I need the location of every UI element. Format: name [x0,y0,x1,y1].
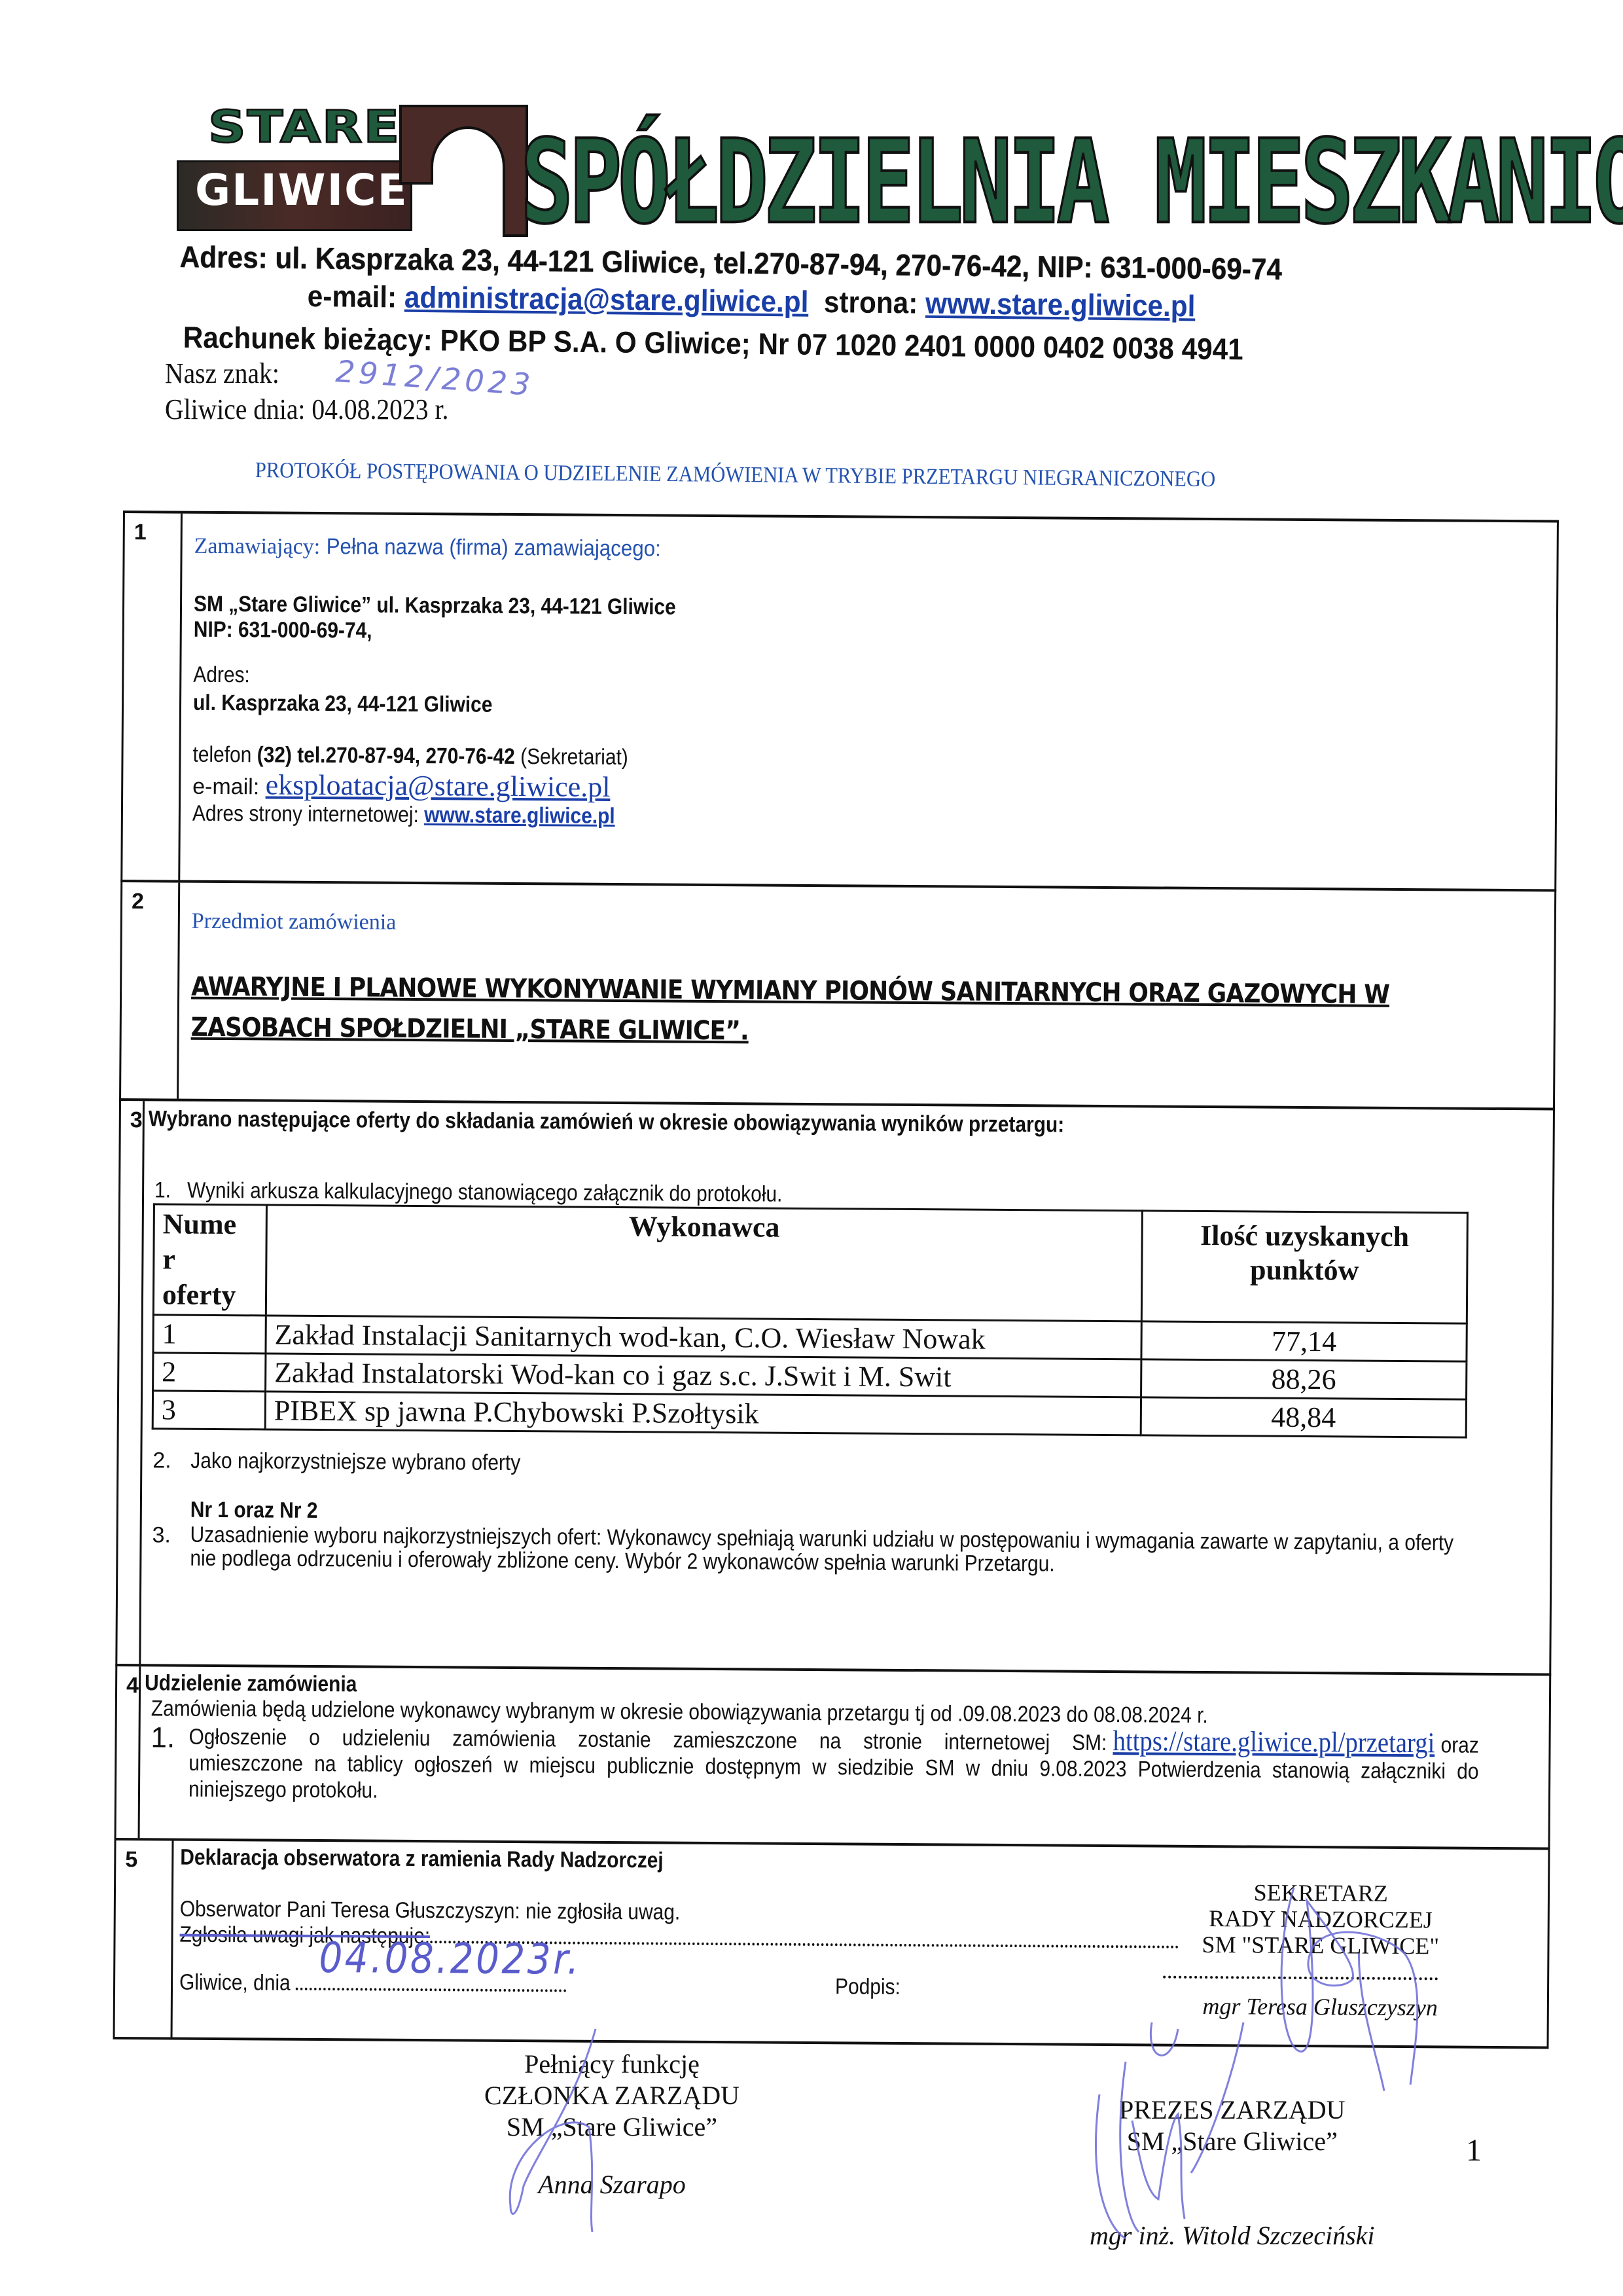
organization-name: SPÓŁDZIELNIA MIESZKANIOWA [520,124,1623,240]
section-number: 1 [122,513,183,880]
col-header-points: Ilość uzyskanych punktów [1141,1211,1467,1323]
offer-contractor: PIBEX sp jawna P.Chybowski P.Szołtysik [265,1391,1141,1435]
section-3-heading: Wybrano następujące oferty do składania … [149,1106,1065,1138]
orderer-nip: NIP: 631-000-69-74, [194,617,372,644]
col-header-contractor: Wykonawca [266,1205,1142,1321]
table-header-row: Nume r oferty Wykonawca Ilość uzyskanych… [153,1204,1467,1323]
section-number: 2 [121,882,180,1099]
date-label: Gliwice dnia: [165,393,305,425]
email-link[interactable]: eksploatacja@stare.gliwice.pl [266,768,611,802]
reference-label: Nasz znak: [165,357,279,390]
item-number: 1. [154,1177,171,1202]
section-5: 5 Deklaracja obserwatora z ramienia Rady… [113,1838,1550,2049]
email-label: e-mail: [307,279,397,314]
president-signature-icon [1047,2022,1257,2245]
tenders-link[interactable]: https://stare.gliwice.pl/przetargi [1113,1725,1435,1759]
phone-line: telefon (32) tel.270-87-94, 270-76-42 (S… [192,742,628,770]
website-line: Adres strony internetowej: www.stare.gli… [192,801,615,829]
section-2: 2 Przedmiot zamówienia AWARYJNE I PLANOW… [119,880,1556,1108]
results-note: 1. Wyniki arkusza kalkulacyjnego stanowi… [154,1177,783,1207]
section-number: 3 [117,1101,145,1664]
announcement: 1. Ogłoszenie o udzieleniu zamówienia zo… [151,1721,1623,1812]
phone-numbers: tel.270-87-94, 270-76-42 [297,743,515,769]
logo-text-stare: STARE [208,105,401,149]
protocol-table: 1 Zamawiający: Pełna nazwa (firma) zamaw… [113,511,1559,2049]
selected-offers: 2. Jako najkorzystniejsze wybrano oferty [152,1448,1623,1483]
offer-points: 88,26 [1141,1359,1466,1399]
document-date: Gliwice dnia: 04.08.2023 r. [165,393,448,426]
section-4: 4 Udzielenie zamówienia Zamówienia będą … [115,1664,1552,1848]
justification: 3. Uzasadnienie wyboru najkorzystniejszy… [152,1522,1623,1579]
offers-table: Nume r oferty Wykonawca Ilość uzyskanych… [152,1203,1469,1438]
subject-label: Przedmiot zamówienia [192,909,1541,943]
signature-label: Podpis: [835,1974,901,2000]
selected-offers-value: Nr 1 oraz Nr 2 [190,1498,318,1524]
email-label: e-mail: [192,774,259,800]
website-link[interactable]: www.stare.gliwice.pl [925,286,1196,323]
protocol-title: PROTOKÓŁ POSTĘPOWANIA O UDZIELENIE ZAMÓW… [255,458,1216,492]
offer-points: 48,84 [1141,1397,1466,1437]
section-4-heading: Udzielenie zamówienia [145,1670,357,1697]
logo-arch-icon [399,105,530,239]
phone-suffix: (Sekretariat) [520,744,628,770]
observer-date: Gliwice, dnia 04.08.2023r. [179,1961,567,1998]
date-value: 04.08.2023 r. [312,393,448,425]
section-1: 1 Zamawiający: Pełna nazwa (firma) zamaw… [120,511,1559,889]
subject-title-line2: ZASOBACH SPOŁDZIELNI „STARE GLIWICE”. [191,1007,1406,1056]
col-header-number: Nume r oferty [153,1204,266,1316]
phone-area: (32) [257,742,292,767]
section-5-heading: Deklaracja obserwatora z ramienia Rady N… [180,1845,664,1874]
orderer-label-suffix: Pełna nazwa (firma) zamawiającego: [327,534,661,562]
offer-points: 77,14 [1141,1321,1467,1361]
section-number: 4 [116,1666,141,1838]
board-member-signature-icon [497,2022,615,2238]
offer-number: 3 [152,1391,265,1429]
observer-statement: Obserwator Pani Teresa Głuszczyszyn: nie… [180,1897,681,1926]
orderer-name: SM „Stare Gliwice” ul. Kasprzaka 23, 44-… [194,592,676,620]
website-link[interactable]: www.stare.gliwice.pl [424,802,615,829]
orderer-label: Zamawiający: [194,534,321,559]
table-row: 3 PIBEX sp jawna P.Chybowski P.Szołtysik… [152,1391,1466,1437]
observer-signature-icon [1266,1874,1464,2092]
offer-contractor: Zakład Instalacji Sanitarnych wod-kan, C… [266,1316,1141,1359]
item-text: Wyniki arkusza kalkulacyjnego stanowiące… [187,1178,783,1207]
section-3: 3 Wybrano następujące oferty do składani… [115,1098,1555,1674]
offer-number: 1 [153,1315,266,1354]
address-label: Adres: [193,662,250,689]
offer-contractor: Zakład Instalatorski Wod-kan co i gaz s.… [265,1354,1141,1397]
phone-prefix: telefon [192,742,251,768]
logo-text-gliwice: GLIWICE [195,169,408,212]
handwritten-date: 04.08.2023r. [319,1934,581,1984]
website-label: Adres strony internetowej: [192,801,419,827]
offer-number: 2 [153,1353,266,1391]
orderer-address: ul. Kasprzaka 23, 44-121 Gliwice [193,691,493,718]
email-link[interactable]: administracja@stare.gliwice.pl [404,280,809,319]
page-number: 1 [1466,2132,1482,2168]
website-label: strona: [824,285,918,320]
section-number: 5 [115,1840,174,2037]
letterhead-contact: e-mail: administracja@stare.gliwice.pl s… [307,278,1195,323]
